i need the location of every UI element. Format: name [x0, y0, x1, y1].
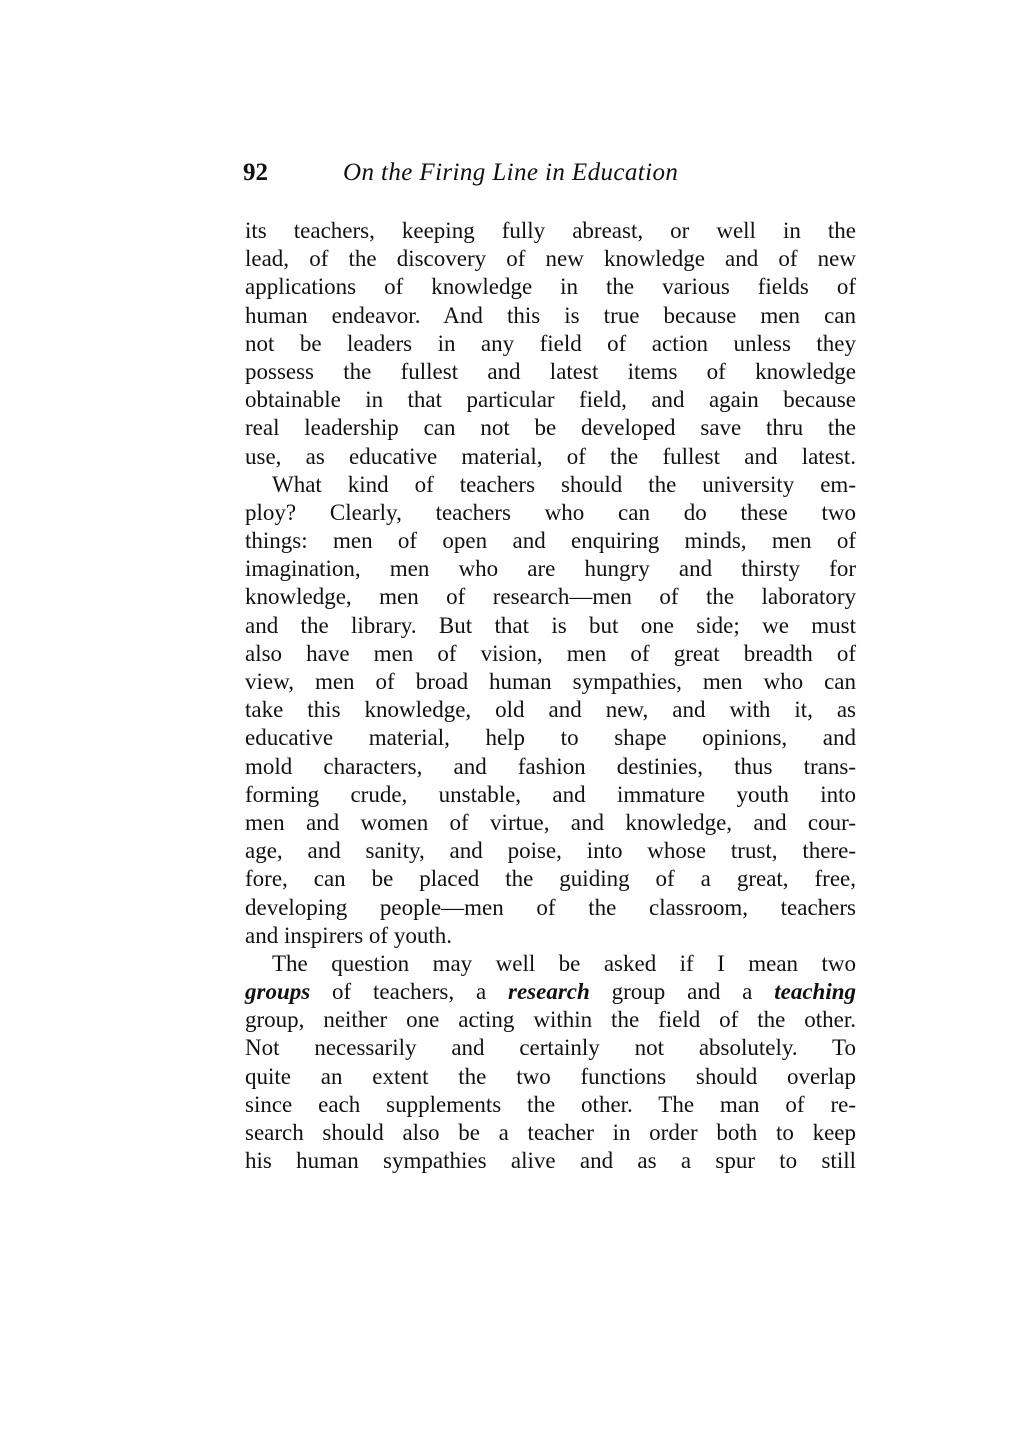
text-line: men and women of virtue, and knowledge, … [245, 809, 856, 837]
text-line: possess the fullest and latest items of … [245, 358, 856, 386]
text-line: take this knowledge, old and new, and wi… [245, 696, 856, 724]
text-fragment: of teachers, a [310, 979, 508, 1004]
text-line: What kind of teachers should the univers… [245, 471, 856, 499]
page-number: 92 [243, 156, 268, 190]
text-line: real leadership can not be developed sav… [245, 414, 856, 442]
text-line: and inspirers of youth. [245, 922, 856, 950]
text-line: also have men of vision, men of great br… [245, 640, 856, 668]
text-line: not be leaders in any field of action un… [245, 330, 856, 358]
text-line: use, as educative material, of the fulle… [245, 443, 856, 471]
text-line: lead, of the discovery of new knowledge … [245, 245, 856, 273]
text-line: human endeavor. And this is true because… [245, 302, 856, 330]
text-line: things: men of open and enquiring minds,… [245, 527, 856, 555]
text-fragment: group and a [590, 979, 774, 1004]
book-page: 92 On the Firing Line in Education its t… [0, 0, 1010, 1454]
text-line: quite an extent the two functions should… [245, 1063, 856, 1091]
text-line: his human sympathies alive and as a spur… [245, 1147, 856, 1175]
text-line: search should also be a teacher in order… [245, 1119, 856, 1147]
text-line: and the library. But that is but one sid… [245, 612, 856, 640]
italic-word: teaching [774, 979, 856, 1004]
text-line: obtainable in that particular field, and… [245, 386, 856, 414]
text-line: educative material, help to shape opinio… [245, 724, 856, 752]
text-line: imagination, men who are hungry and thir… [245, 555, 856, 583]
text-line: group, neither one acting within the fie… [245, 1006, 856, 1034]
text-line: Not necessarily and certainly not absolu… [245, 1034, 856, 1062]
paragraph-1: its teachers, keeping fully abreast, or … [245, 217, 856, 471]
paragraph-2: What kind of teachers should the univers… [245, 471, 856, 950]
text-line: view, men of broad human sympathies, men… [245, 668, 856, 696]
running-head: 92 On the Firing Line in Education [243, 156, 783, 190]
text-line: knowledge, men of research—men of the la… [245, 583, 856, 611]
text-line: fore, can be placed the guiding of a gre… [245, 865, 856, 893]
text-line: forming crude, unstable, and immature yo… [245, 781, 856, 809]
text-line: mold characters, and fashion destinies, … [245, 753, 856, 781]
text-line: ploy? Clearly, teachers who can do these… [245, 499, 856, 527]
text-line: applications of knowledge in the various… [245, 273, 856, 301]
paragraph-3: The question may well be asked if I mean… [245, 950, 856, 1176]
body-text: its teachers, keeping fully abreast, or … [245, 217, 856, 1175]
text-line-mixed: groups of teachers, a research group and… [245, 978, 856, 1006]
text-line: developing people—men of the classroom, … [245, 894, 856, 922]
text-line: since each supplements the other. The ma… [245, 1091, 856, 1119]
text-line: its teachers, keeping fully abreast, or … [245, 217, 856, 245]
text-line: The question may well be asked if I mean… [245, 950, 856, 978]
italic-word: research [508, 979, 590, 1004]
book-title: On the Firing Line in Education [343, 156, 678, 190]
italic-word: groups [245, 979, 310, 1004]
text-line: age, and sanity, and poise, into whose t… [245, 837, 856, 865]
